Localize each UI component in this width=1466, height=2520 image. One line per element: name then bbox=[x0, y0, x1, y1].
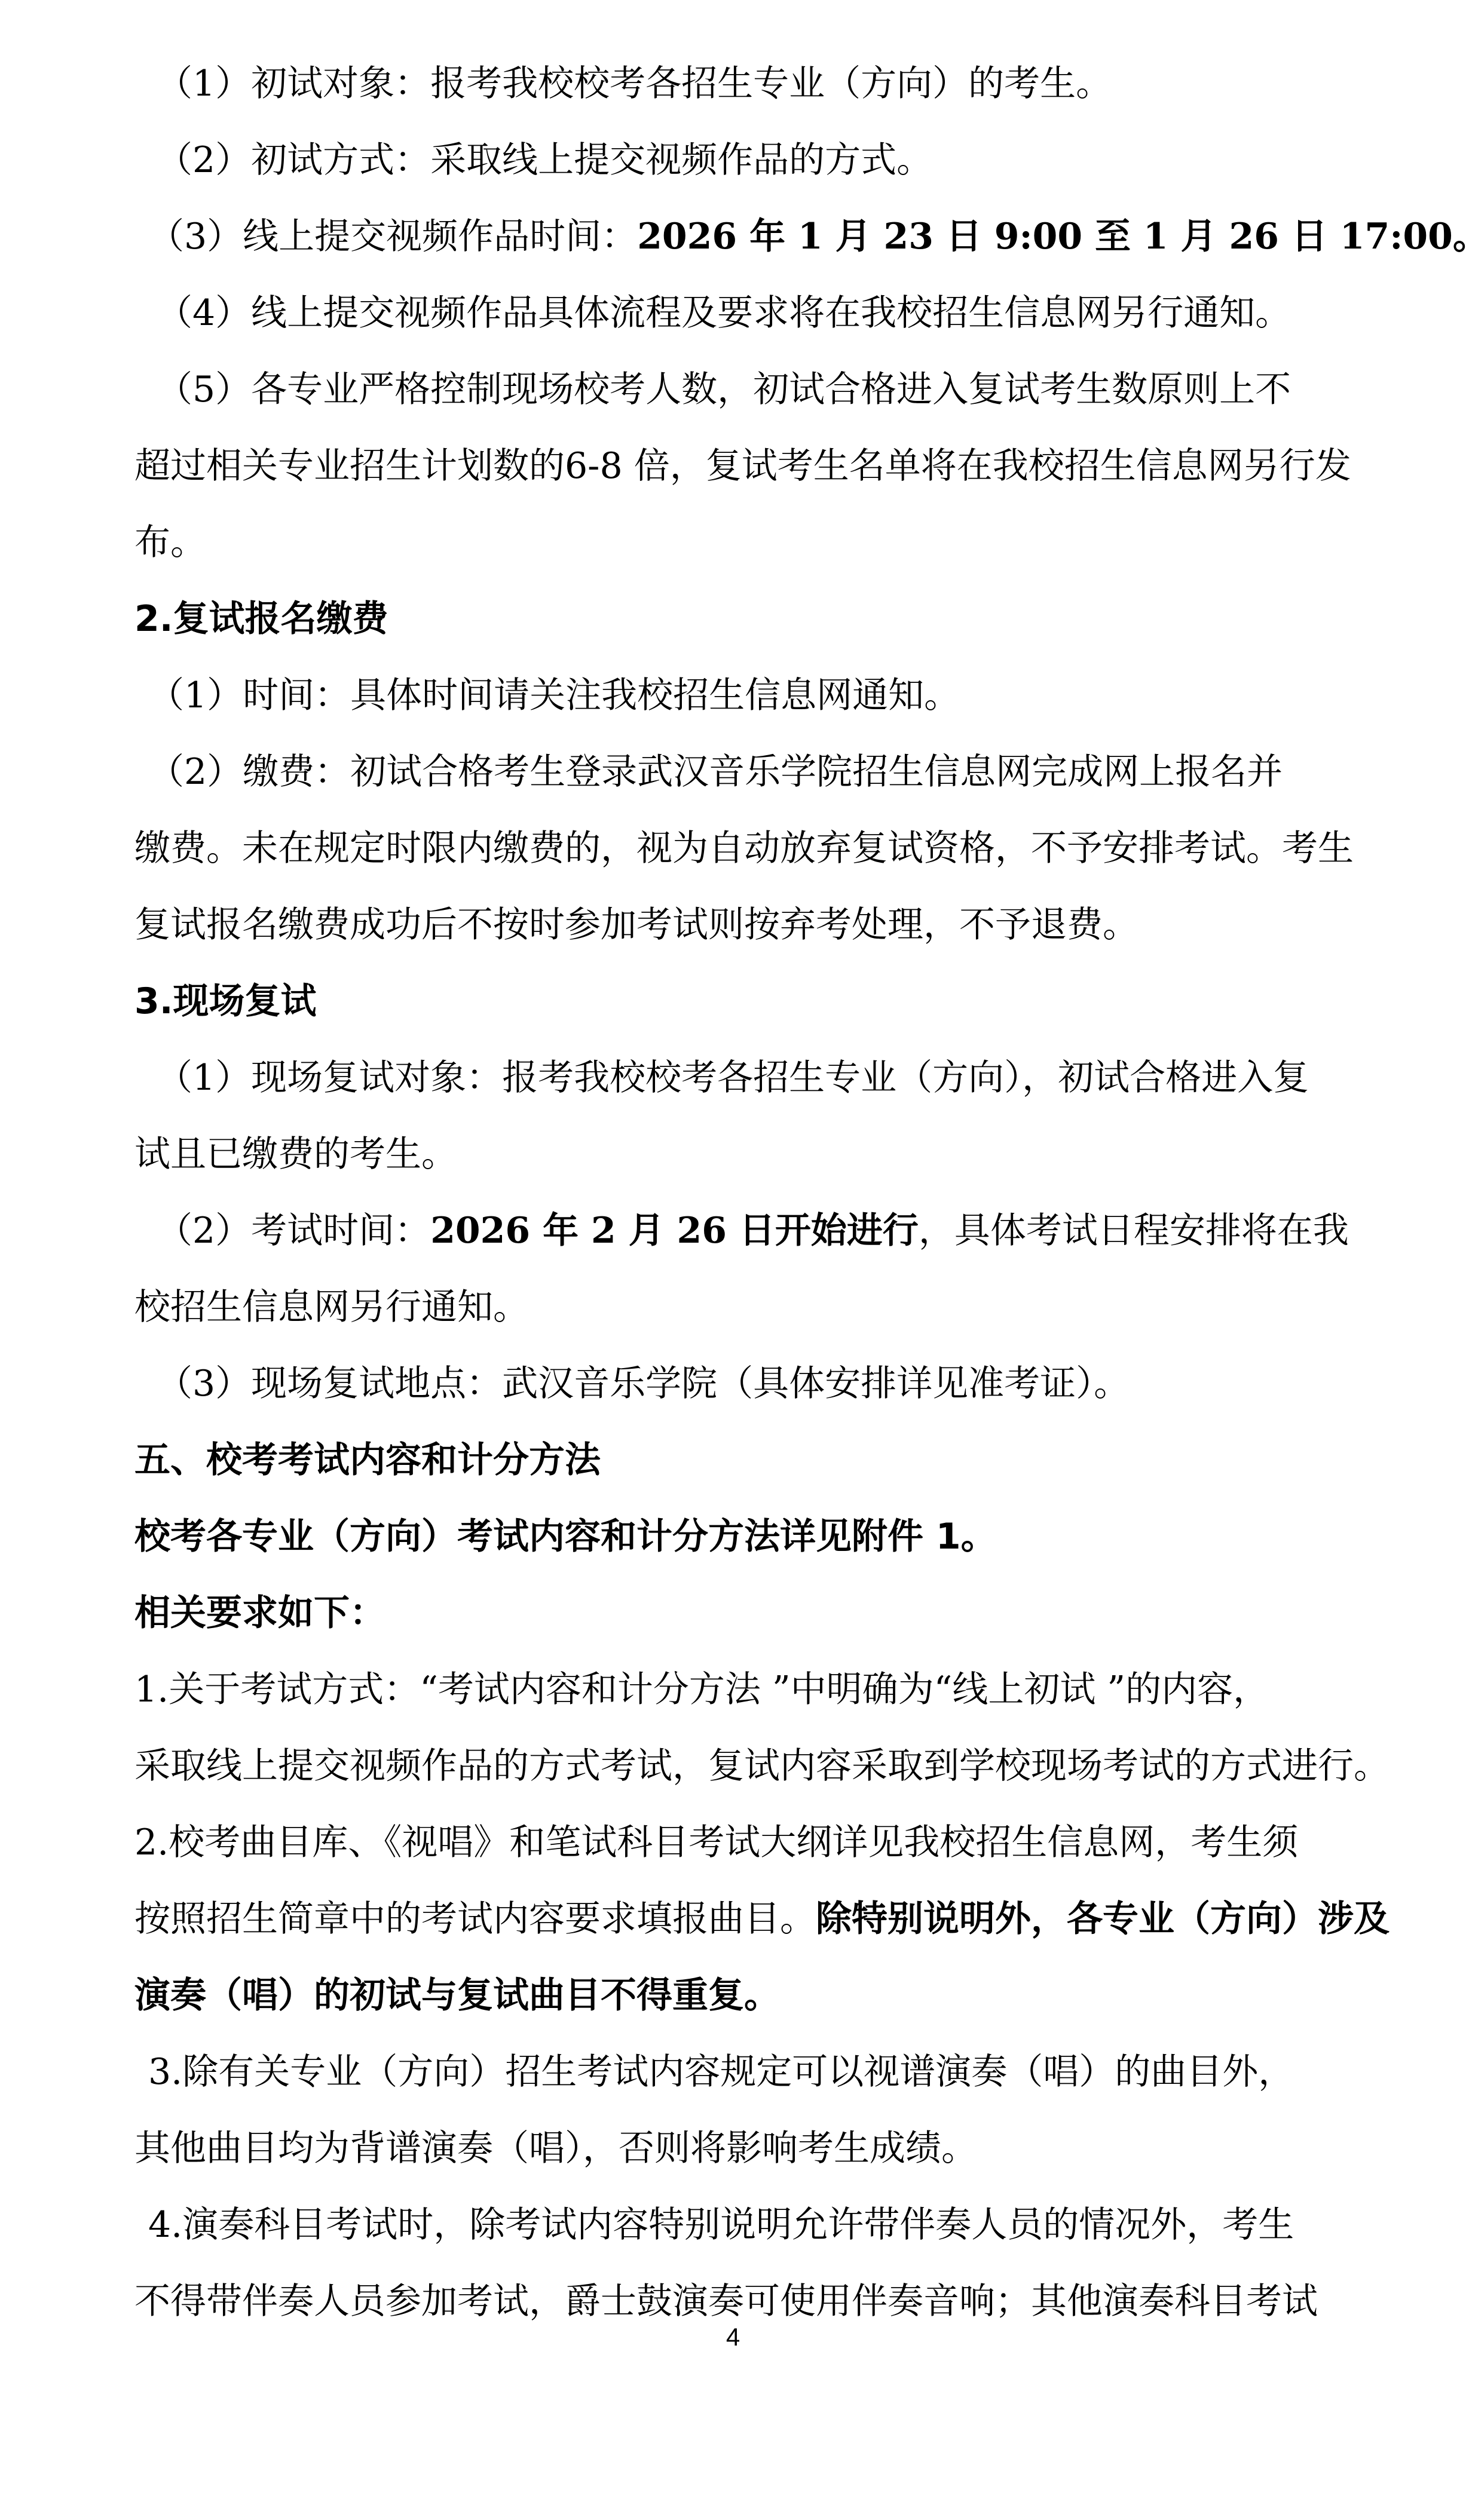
paragraph-line: 试且已缴费的考生。 bbox=[134, 1130, 457, 1178]
paragraph-line: 演奏（唱）的初试与复试曲目不得重复。 bbox=[134, 1972, 780, 2019]
paragraph-line: （2）缴费：初试合格考生登录武汉音乐学院招生信息网完成网上报名并 bbox=[148, 748, 1283, 796]
section-heading: 3.现场复试 bbox=[134, 977, 317, 1025]
paragraph-line: 按照招生简章中的考试内容要求填报曲目。除特别说明外，各专业（方向）涉及 bbox=[134, 1895, 1390, 1943]
paragraph-line: 不得带伴奏人员参加考试，爵士鼓演奏可使用伴奏音响；其他演奏科目考试 bbox=[134, 2277, 1318, 2325]
text-segment: （5）各专业严格控制现场校考人数，初试合格进入复试考生数原则上不 bbox=[157, 369, 1291, 410]
text-segment: 按照招生简章中的考试内容要求填报曲目。 bbox=[134, 1898, 816, 1940]
paragraph-line: 校招生信息网另行通知。 bbox=[134, 1283, 529, 1331]
bold-text: 五、校考考试内容和计分方法 bbox=[134, 1439, 601, 1481]
text-segment: （4）线上提交视频作品具体流程及要求将在我校招生信息网另行通知。 bbox=[157, 292, 1291, 334]
text-segment: （1）现场复试对象：报考我校校考各招生专业（方向），初试合格进入复 bbox=[157, 1057, 1309, 1099]
paragraph-line: 其他曲目均为背谱演奏（唱），否则将影响考生成绩。 bbox=[134, 2124, 977, 2172]
paragraph-line: （5）各专业严格控制现场校考人数，初试合格进入复试考生数原则上不 bbox=[157, 366, 1291, 413]
bold-text: 2.复试报名缴费 bbox=[134, 598, 388, 640]
paragraph-line: 2.校考曲目库、《视唱》和笔试科目考试大纲详见我校招生信息网，考生须 bbox=[134, 1819, 1298, 1866]
text-segment: 布。 bbox=[134, 522, 206, 563]
section-heading: 相关要求如下： bbox=[134, 1589, 385, 1637]
bold-text: 除特别说明外，各专业（方向）涉及 bbox=[816, 1898, 1390, 1940]
text-segment: 试且已缴费的考生。 bbox=[134, 1133, 457, 1175]
text-segment: （2）初试方式：采取线上提交视频作品的方式。 bbox=[157, 139, 932, 181]
document-page: （1）初试对象：报考我校校考各招生专业（方向）的考生。（2）初试方式：采取线上提… bbox=[0, 0, 1466, 2520]
text-segment: （3）现场复试地点：武汉音乐学院（具体安排详见准考证）。 bbox=[157, 1363, 1130, 1405]
bold-text: 相关要求如下： bbox=[134, 1592, 385, 1634]
text-segment: 2.校考曲目库、《视唱》和笔试科目考试大纲详见我校招生信息网，考生须 bbox=[134, 1822, 1298, 1863]
paragraph-line: （2）考试时间：2026 年 2 月 26 日开始进行，具体考试日程安排将在我 bbox=[157, 1207, 1349, 1255]
bold-text: 演奏（唱）的初试与复试曲目不得重复。 bbox=[134, 1975, 780, 2016]
text-segment: （2）考试时间： bbox=[157, 1210, 430, 1252]
text-segment: （2）缴费：初试合格考生登录武汉音乐学院招生信息网完成网上报名并 bbox=[148, 751, 1283, 793]
paragraph-line: 超过相关专业招生计划数的6-8 倍，复试考生名单将在我校招生信息网另行发 bbox=[134, 442, 1351, 490]
text-segment: 复试报名缴费成功后不按时参加考试则按弃考处理，不予退费。 bbox=[134, 904, 1138, 946]
section-heading: 五、校考考试内容和计分方法 bbox=[134, 1436, 601, 1484]
text-segment: （1）时间：具体时间请关注我校招生信息网通知。 bbox=[148, 675, 960, 716]
paragraph-line: （3）现场复试地点：武汉音乐学院（具体安排详见准考证）。 bbox=[157, 1360, 1130, 1408]
paragraph-line: 复试报名缴费成功后不按时参加考试则按弃考处理，不予退费。 bbox=[134, 901, 1138, 949]
text-segment: 采取线上提交视频作品的方式考试，复试内容采取到学校现场考试的方式进行。 bbox=[134, 1745, 1390, 1787]
text-segment: 1.关于考试方式：“考试内容和计分方法 ”中明确为“线上初试 ”的内容， bbox=[134, 1669, 1269, 1710]
text-segment: 超过相关专业招生计划数的6-8 倍，复试考生名单将在我校招生信息网另行发 bbox=[134, 445, 1351, 487]
paragraph-line: 3.除有关专业（方向）招生考试内容规定可以视谱演奏（唱）的曲目外， bbox=[148, 2048, 1294, 2096]
section-heading: 2.复试报名缴费 bbox=[134, 595, 388, 643]
text-segment: （1）初试对象：报考我校校考各招生专业（方向）的考生。 bbox=[157, 63, 1112, 105]
bold-text: 校考各专业（方向）考试内容和计分方法详见附件 1。 bbox=[134, 1516, 997, 1558]
text-segment: 4.演奏科目考试时，除考试内容特别说明允许带伴奏人员的情况外，考生 bbox=[148, 2204, 1294, 2246]
paragraph-line: （1）现场复试对象：报考我校校考各招生专业（方向），初试合格进入复 bbox=[157, 1054, 1309, 1102]
text-segment: ，具体考试日程安排将在我 bbox=[919, 1210, 1349, 1252]
paragraph-line: 缴费。未在规定时限内缴费的，视为自动放弃复试资格，不予安排考试。考生 bbox=[134, 824, 1354, 872]
bold-text: 3.现场复试 bbox=[134, 980, 317, 1022]
paragraph-line: 1.关于考试方式：“考试内容和计分方法 ”中明确为“线上初试 ”的内容， bbox=[134, 1666, 1269, 1713]
bold-text: 2026 年 2 月 26 日开始进行 bbox=[430, 1210, 919, 1252]
paragraph-line: （2）初试方式：采取线上提交视频作品的方式。 bbox=[157, 136, 932, 184]
paragraph-line: （3）线上提交视频作品时间：2026 年 1 月 23 日 9:00 至 1 月… bbox=[148, 213, 1466, 260]
text-segment: （3）线上提交视频作品时间： bbox=[148, 216, 637, 257]
paragraph-line: 布。 bbox=[134, 519, 206, 566]
section-heading: 校考各专业（方向）考试内容和计分方法详见附件 1。 bbox=[134, 1513, 997, 1561]
text-segment: 校招生信息网另行通知。 bbox=[134, 1286, 529, 1328]
page-number: 4 bbox=[0, 2323, 1466, 2352]
paragraph-line: （1）时间：具体时间请关注我校招生信息网通知。 bbox=[148, 672, 960, 719]
paragraph-line: 4.演奏科目考试时，除考试内容特别说明允许带伴奏人员的情况外，考生 bbox=[148, 2201, 1294, 2249]
text-segment: 缴费。未在规定时限内缴费的，视为自动放弃复试资格，不予安排考试。考生 bbox=[134, 827, 1354, 869]
text-segment: 不得带伴奏人员参加考试，爵士鼓演奏可使用伴奏音响；其他演奏科目考试 bbox=[134, 2280, 1318, 2322]
paragraph-line: （4）线上提交视频作品具体流程及要求将在我校招生信息网另行通知。 bbox=[157, 289, 1291, 337]
text-segment: 其他曲目均为背谱演奏（唱），否则将影响考生成绩。 bbox=[134, 2127, 977, 2169]
bold-text: 2026 年 1 月 23 日 9:00 至 1 月 26 日 17:00。 bbox=[637, 216, 1466, 257]
text-segment: 3.除有关专业（方向）招生考试内容规定可以视谱演奏（唱）的曲目外， bbox=[148, 2051, 1294, 2093]
paragraph-line: （1）初试对象：报考我校校考各招生专业（方向）的考生。 bbox=[157, 60, 1112, 108]
paragraph-line: 采取线上提交视频作品的方式考试，复试内容采取到学校现场考试的方式进行。 bbox=[134, 1742, 1390, 1790]
